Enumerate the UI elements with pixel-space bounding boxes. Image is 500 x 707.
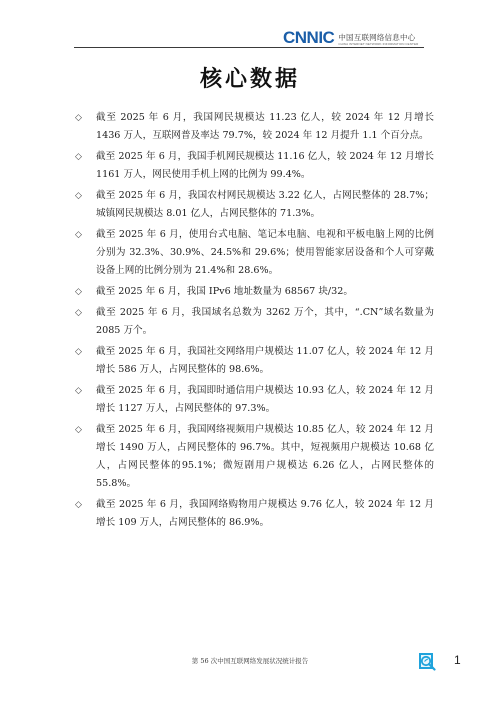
diamond-bullet-icon: ◇ xyxy=(75,382,82,400)
magnifier-report-icon xyxy=(418,652,437,671)
logo-mark: CNNIC xyxy=(283,30,334,46)
item-text: 截至 2025 年 6 月，我国 IPv6 地址数量为 68567 块/32。 xyxy=(96,286,353,297)
logo-english-name: CHINA INTERNET NETWORK INFORMATION CENTE… xyxy=(338,42,418,46)
page-number: 1 xyxy=(454,652,461,668)
core-data-list: ◇截至 2025 年 6 月，我国网民规模达 11.23 亿人，较 2024 年… xyxy=(74,109,434,535)
list-item: ◇截至 2025 年 6 月，我国域名总数为 3262 万个，其中，“.CN”域… xyxy=(74,304,434,340)
item-text: 截至 2025 年 6 月，使用台式电脑、笔记本电脑、电视和平板电脑上网的比例分… xyxy=(96,229,434,276)
list-item: ◇截至 2025 年 6 月，我国网民规模达 11.23 亿人，较 2024 年… xyxy=(74,109,434,145)
diamond-bullet-icon: ◇ xyxy=(75,421,82,439)
cnnic-logo: CNNIC 中国互联网络信息中心 CHINA INTERNET NETWORK … xyxy=(283,30,418,46)
header-divider xyxy=(74,47,424,48)
diamond-bullet-icon: ◇ xyxy=(75,226,82,244)
diamond-bullet-icon: ◇ xyxy=(75,283,82,301)
list-item: ◇截至 2025 年 6 月，我国农村网民规模达 3.22 亿人，占网民整体的 … xyxy=(74,187,434,223)
diamond-bullet-icon: ◇ xyxy=(75,343,82,361)
list-item: ◇截至 2025 年 6 月，我国网络视频用户规模达 10.85 亿人，较 20… xyxy=(74,421,434,493)
item-text: 截至 2025 年 6 月，我国网络购物用户规模达 9.76 亿人，较 2024… xyxy=(96,499,434,528)
list-item: ◇截至 2025 年 6 月，使用台式电脑、笔记本电脑、电视和平板电脑上网的比例… xyxy=(74,226,434,280)
list-item: ◇截至 2025 年 6 月，我国 IPv6 地址数量为 68567 块/32。 xyxy=(74,283,434,301)
item-text: 截至 2025 年 6 月，我国农村网民规模达 3.22 亿人，占网民整体的 2… xyxy=(96,190,434,219)
item-text: 截至 2025 年 6 月，我国网民规模达 11.23 亿人，较 2024 年 … xyxy=(96,112,434,141)
diamond-bullet-icon: ◇ xyxy=(75,496,82,514)
item-text: 截至 2025 年 6 月，我国即时通信用户规模达 10.93 亿人，较 202… xyxy=(96,385,434,414)
page-title: 核心数据 xyxy=(0,64,500,96)
diamond-bullet-icon: ◇ xyxy=(75,304,82,322)
diamond-bullet-icon: ◇ xyxy=(75,187,82,205)
page-header: CNNIC 中国互联网络信息中心 CHINA INTERNET NETWORK … xyxy=(0,0,500,50)
list-item: ◇截至 2025 年 6 月，我国即时通信用户规模达 10.93 亿人，较 20… xyxy=(74,382,434,418)
list-item: ◇截至 2025 年 6 月，我国手机网民规模达 11.16 亿人，较 2024… xyxy=(74,148,434,184)
logo-text: 中国互联网络信息中心 CHINA INTERNET NETWORK INFORM… xyxy=(338,33,418,46)
diamond-bullet-icon: ◇ xyxy=(75,148,82,166)
list-item: ◇截至 2025 年 6 月，我国网络购物用户规模达 9.76 亿人，较 202… xyxy=(74,496,434,532)
page-footer: 第 56 次中国互联网络发展状况统计报告 1 xyxy=(0,650,500,680)
item-text: 截至 2025 年 6 月，我国手机网民规模达 11.16 亿人，较 2024 … xyxy=(96,151,434,180)
logo-chinese-name: 中国互联网络信息中心 xyxy=(338,33,418,42)
list-item: ◇截至 2025 年 6 月，我国社交网络用户规模达 11.07 亿人，较 20… xyxy=(74,343,434,379)
item-text: 截至 2025 年 6 月，我国社交网络用户规模达 11.07 亿人，较 202… xyxy=(96,346,434,375)
diamond-bullet-icon: ◇ xyxy=(75,109,82,127)
item-text: 截至 2025 年 6 月，我国网络视频用户规模达 10.85 亿人，较 202… xyxy=(96,424,434,489)
item-text: 截至 2025 年 6 月，我国域名总数为 3262 万个，其中，“.CN”域名… xyxy=(96,307,434,336)
